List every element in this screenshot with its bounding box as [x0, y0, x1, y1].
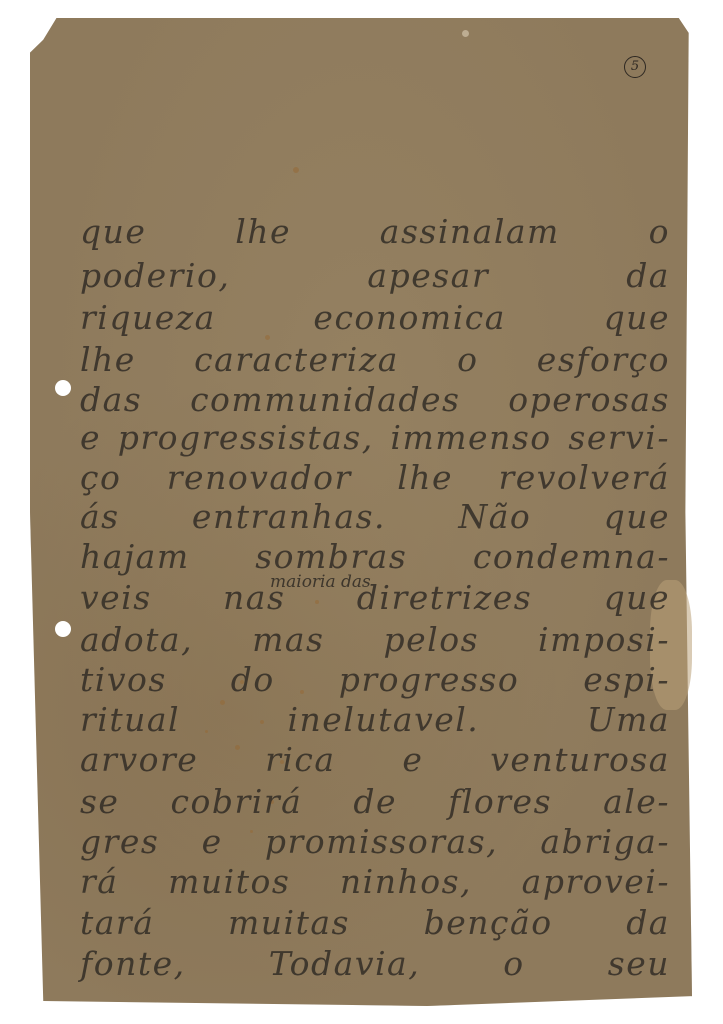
- handwritten-word: e: [402, 740, 423, 779]
- handwritten-word: esforço: [537, 340, 670, 379]
- text-line: ásentranhas.Nãoque: [80, 497, 670, 536]
- handwritten-word: adota,: [80, 620, 193, 659]
- handwritten-word: espi-: [583, 660, 670, 699]
- handwritten-word: imposi-: [538, 620, 670, 659]
- handwritten-word: apesar: [367, 256, 489, 295]
- text-line: tivosdoprogressoespi-: [80, 660, 670, 699]
- handwritten-word: que: [604, 578, 670, 617]
- handwritten-word: communidades: [190, 380, 460, 419]
- handwritten-word: que: [604, 497, 670, 536]
- handwritten-word: tivos: [80, 660, 167, 699]
- handwritten-word: Uma: [587, 700, 670, 739]
- handwritten-word: benção: [424, 903, 553, 942]
- handwritten-word: immenso: [390, 418, 551, 457]
- text-line: arvorericaeventurosa: [80, 740, 670, 779]
- foxing-spot: [462, 30, 469, 37]
- handwritten-word: ço: [80, 458, 121, 497]
- handwritten-word: caracteriza: [194, 340, 399, 379]
- handwritten-word: operosas: [508, 380, 670, 419]
- handwritten-word: poderio,: [80, 256, 230, 295]
- text-line: fonte,Todavia,oseu: [80, 944, 670, 983]
- text-line: eprogressistas,immensoservi-: [80, 418, 670, 457]
- handwritten-word: hajam: [80, 537, 190, 576]
- handwritten-word: de: [353, 782, 397, 821]
- text-line: riquezaeconomicaque: [80, 298, 670, 337]
- handwritten-word: se: [80, 782, 119, 821]
- punched-hole-upper: [55, 380, 71, 396]
- handwritten-word: rá: [80, 862, 118, 901]
- handwritten-word: pelos: [384, 620, 480, 659]
- text-line: çorenovadorlherevolverá: [80, 458, 670, 497]
- handwritten-word: sombras: [255, 537, 407, 576]
- handwritten-word: servi-: [568, 418, 670, 457]
- punched-hole-lower: [55, 621, 71, 637]
- handwritten-word: condemna-: [473, 537, 670, 576]
- handwritten-word: muitas: [228, 903, 350, 942]
- handwritten-word: lhe: [80, 340, 136, 379]
- handwritten-word: do: [231, 660, 275, 699]
- handwritten-word: nas: [223, 578, 285, 617]
- handwritten-word: e: [202, 822, 223, 861]
- handwritten-word: tará: [80, 903, 154, 942]
- handwritten-word: progressistas,: [118, 418, 374, 457]
- handwritten-word: flores: [448, 782, 552, 821]
- handwritten-word: venturosa: [490, 740, 670, 779]
- handwritten-word: que: [80, 212, 146, 251]
- handwritten-word: entranhas.: [192, 497, 386, 536]
- text-line: quelheassinalamo: [80, 212, 670, 251]
- text-line: dascommunidadesoperosas: [80, 380, 670, 419]
- handwritten-word: da: [626, 256, 670, 295]
- handwritten-word: aprovei-: [522, 862, 670, 901]
- handwritten-word: das: [80, 380, 142, 419]
- handwritten-word: abriga-: [540, 822, 670, 861]
- handwritten-word: e: [80, 418, 101, 457]
- text-line: hajamsombrascondemna-: [80, 537, 670, 576]
- handwritten-word: que: [604, 298, 670, 337]
- handwritten-word: o: [649, 212, 670, 251]
- handwritten-word: ás: [80, 497, 120, 536]
- handwritten-word: o: [503, 944, 524, 983]
- handwritten-word: lhe: [235, 212, 291, 251]
- handwritten-word: Não: [458, 497, 531, 536]
- text-line: secobrirádefloresale-: [80, 782, 670, 821]
- handwritten-word: lhe: [397, 458, 453, 497]
- handwritten-word: progresso: [339, 660, 519, 699]
- handwritten-word: inelutavel.: [288, 700, 480, 739]
- handwritten-word: da: [626, 903, 670, 942]
- handwritten-word: seu: [608, 944, 670, 983]
- handwritten-word: o: [457, 340, 478, 379]
- text-line: ritualinelutavel.Uma: [80, 700, 670, 739]
- handwritten-word: gres: [80, 822, 159, 861]
- handwritten-word: riqueza: [80, 298, 216, 337]
- handwritten-word: veis: [80, 578, 152, 617]
- handwritten-word: assinalam: [380, 212, 560, 251]
- handwritten-word: revolverá: [498, 458, 670, 497]
- text-line: poderio,apesarda: [80, 256, 670, 295]
- foxing-spot: [293, 167, 299, 173]
- handwritten-word: fonte,: [80, 944, 186, 983]
- text-line: rámuitosninhos,aprovei-: [80, 862, 670, 901]
- handwritten-word: ale-: [603, 782, 670, 821]
- handwritten-word: rica: [265, 740, 336, 779]
- text-line: gresepromissoras,abriga-: [80, 822, 670, 861]
- text-line: adota,maspelosimposi-: [80, 620, 670, 659]
- handwritten-word: arvore: [80, 740, 198, 779]
- handwritten-word: ritual: [80, 700, 180, 739]
- text-line: tarámuitasbençãoda: [80, 903, 670, 942]
- handwritten-word: diretrizes: [357, 578, 532, 617]
- text-line: veisnasdiretrizesque: [80, 578, 670, 617]
- text-line: lhecaracterizaoesforço: [80, 340, 670, 379]
- handwritten-word: cobrirá: [171, 782, 303, 821]
- handwritten-word: muitos: [168, 862, 290, 901]
- page-number: 5: [624, 56, 646, 78]
- handwritten-word: Todavia,: [269, 944, 420, 983]
- handwritten-word: renovador: [167, 458, 352, 497]
- handwritten-word: economica: [313, 298, 506, 337]
- handwritten-word: promissoras,: [265, 822, 498, 861]
- handwritten-word: ninhos,: [340, 862, 472, 901]
- handwritten-word: mas: [252, 620, 324, 659]
